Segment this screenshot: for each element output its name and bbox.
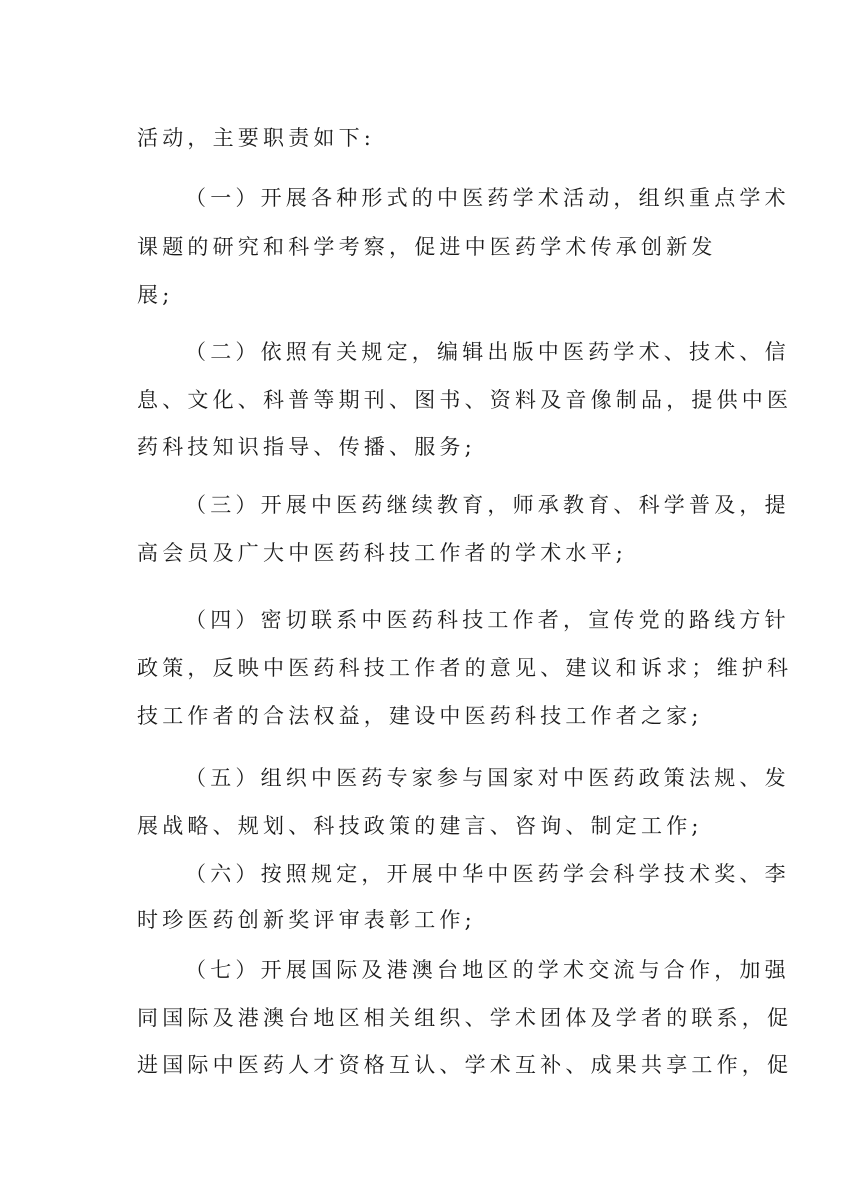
text-line-item-4: （四）密切联系中医药科技工作者，宣传党的路线方针 [185, 607, 730, 633]
text-line-item-1: （一）开展各种形式的中医药学术活动，组织重点学术 [185, 185, 730, 211]
text-line: 同国际及港澳台地区相关组织、学术团体及学者的联系，促 [137, 1005, 727, 1031]
text-line: 展战略、规划、科技政策的建言、咨询、制定工作; [137, 813, 727, 839]
text-line-intro: 活动，主要职责如下: [137, 125, 727, 151]
text-line: 进国际中医药人才资格互认、学术互补、成果共享工作，促 [137, 1052, 727, 1078]
text-line: 息、文化、科普等期刊、图书、资料及音像制品，提供中医 [137, 387, 727, 413]
text-line: 高会员及广大中医药科技工作者的学术水平; [137, 540, 727, 566]
text-line-item-3: （三）开展中医药继续教育，师承教育、科学普及，提 [185, 492, 730, 518]
text-line-item-5: （五）组织中医药专家参与国家对中医药政策法规、发 [185, 765, 730, 791]
document-page: 活动，主要职责如下: （一）开展各种形式的中医药学术活动，组织重点学术 课题的研… [0, 0, 849, 1200]
text-line-item-2: （二）依照有关规定，编辑出版中医药学术、技术、信 [185, 339, 730, 365]
text-line-item-7: （七）开展国际及港澳台地区的学术交流与合作，加强 [185, 957, 730, 983]
text-line: 展; [137, 282, 727, 308]
text-line: 药科技知识指导、传播、服务; [137, 434, 727, 460]
text-line: 时珍医药创新奖评审表彰工作; [137, 907, 727, 933]
text-line: 课题的研究和科学考察，促进中医药学术传承创新发 [137, 234, 727, 260]
text-line: 技工作者的合法权益，建设中医药科技工作者之家; [137, 703, 727, 729]
text-line-item-6: （六）按照规定，开展中华中医药学会科学技术奖、李 [185, 861, 730, 887]
text-line: 政策，反映中医药科技工作者的意见、建议和诉求；维护科 [137, 655, 727, 681]
